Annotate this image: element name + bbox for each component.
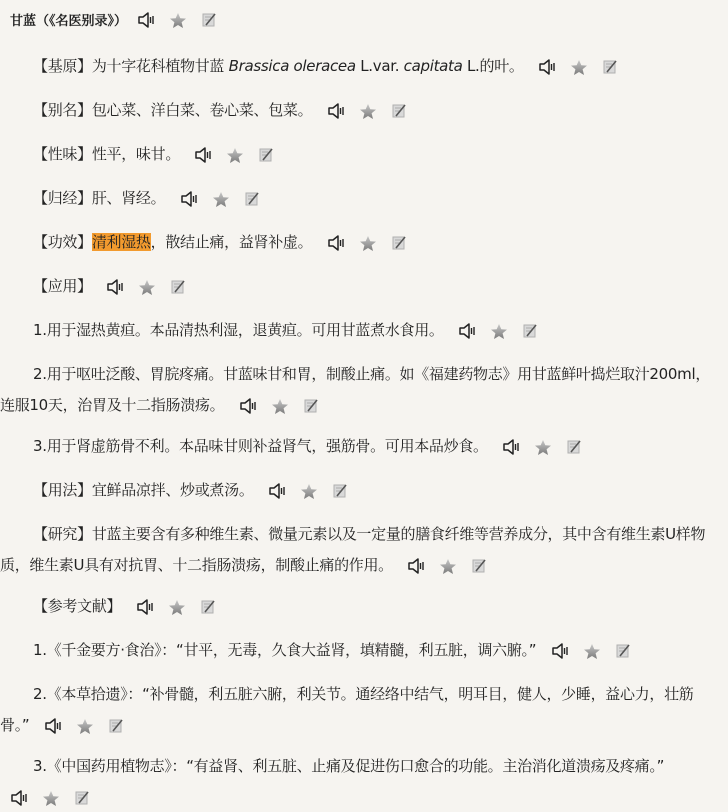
- edit-note-icon[interactable]: [328, 482, 360, 500]
- star-icon[interactable]: [267, 397, 299, 415]
- edit-note-icon[interactable]: [104, 717, 136, 735]
- star-icon[interactable]: [355, 102, 387, 120]
- edit-note-icon[interactable]: [467, 557, 499, 575]
- star-icon[interactable]: [222, 146, 254, 164]
- speaker-icon[interactable]: [264, 482, 296, 500]
- text: 1.《千金要方·食治》：“甘平，无毒，久食大益肾，填精髓，利五脏，调六腑。”: [33, 641, 536, 659]
- star-icon[interactable]: [486, 322, 518, 340]
- text: 肝、肾经。: [92, 189, 166, 207]
- reference-item-3: 3.《中国药用植物志》：“有益肾、利五脏、止痛及促进伤口愈合的功能。主治消化道溃…: [0, 751, 712, 812]
- edit-note-icon[interactable]: [166, 278, 198, 296]
- section-alias: 【别名】包心菜、洋白菜、卷心菜、包菜。: [0, 95, 712, 126]
- section-research: 【研究】甘蓝主要含有多种维生素、微量元素以及一定量的膳食纤维等营养成分，其中含有…: [0, 519, 712, 581]
- speaker-icon[interactable]: [547, 642, 579, 660]
- text: 甘蓝主要含有多种维生素、微量元素以及一定量的膳食纤维等营养成分，其中含有维生素U…: [0, 525, 705, 574]
- text: 【归经】: [33, 189, 92, 207]
- reference-item-1: 1.《千金要方·食治》：“甘平，无毒，久食大益肾，填精髓，利五脏，调六腑。”: [0, 635, 712, 666]
- star-icon[interactable]: [579, 642, 611, 660]
- section-references: 【参考文献】: [0, 591, 712, 622]
- star-icon[interactable]: [134, 278, 166, 296]
- speaker-icon[interactable]: [6, 789, 38, 807]
- text: 为十字花科植物甘蓝: [92, 57, 229, 75]
- text: 2.用于呕吐泛酸、胃脘疼痛。甘蓝味甘和胃，制酸止痛。如《福建药物志》用甘蓝鲜叶捣…: [0, 365, 710, 414]
- edit-note-icon[interactable]: [197, 11, 229, 29]
- section-effect: 【功效】清利湿热，散结止痛，益肾补虚。: [0, 227, 712, 258]
- application-item-3: 3.用于肾虚筋骨不利。本品味甘则补益肾气，强筋骨。可用本品炒食。: [0, 431, 712, 462]
- action-icons: [235, 397, 331, 415]
- action-icons: [264, 482, 360, 500]
- edit-note-icon[interactable]: [387, 102, 419, 120]
- application-item-1: 1.用于湿热黄疸。本品清热利湿，退黄疸。可用甘蓝煮水食用。: [0, 315, 712, 346]
- action-icons: [547, 642, 643, 660]
- edit-note-icon[interactable]: [240, 190, 272, 208]
- speaker-icon[interactable]: [102, 278, 134, 296]
- speaker-icon[interactable]: [132, 598, 164, 616]
- text: 1.用于湿热黄疸。本品清热利湿，退黄疸。可用甘蓝煮水食用。: [33, 321, 444, 339]
- text: capitata: [404, 57, 463, 75]
- speaker-icon[interactable]: [190, 146, 222, 164]
- text: L.var.: [356, 57, 404, 75]
- text: 包心菜、洋白菜、卷心菜、包菜。: [92, 101, 313, 119]
- text: 【别名】: [33, 101, 92, 119]
- text: 【基原】: [33, 57, 92, 75]
- speaker-icon[interactable]: [498, 438, 530, 456]
- text: 3.《中国药用植物志》：“有益肾、利五脏、止痛及促进伤口愈合的功能。主治消化道溃…: [33, 757, 664, 775]
- text: 【研究】: [33, 525, 92, 543]
- action-icons: [498, 438, 594, 456]
- star-icon[interactable]: [566, 58, 598, 76]
- section-application: 【应用】: [0, 271, 712, 302]
- star-icon[interactable]: [165, 11, 197, 29]
- edit-note-icon[interactable]: [196, 598, 228, 616]
- speaker-icon[interactable]: [534, 58, 566, 76]
- text: 3.用于肾虚筋骨不利。本品味甘则补益肾气，强筋骨。可用本品炒食。: [33, 437, 488, 455]
- reference-item-2: 2.《本草拾遗》：“补骨髓，利五脏六腑，利关节。通经络中结气，明耳目，健人，少睡…: [0, 679, 712, 741]
- text: 【功效】: [33, 233, 92, 251]
- star-icon[interactable]: [355, 234, 387, 252]
- text: 【用法】: [33, 481, 92, 499]
- edit-note-icon[interactable]: [611, 642, 643, 660]
- star-icon[interactable]: [72, 717, 104, 735]
- action-icons: [102, 278, 198, 296]
- action-icons: [323, 102, 419, 120]
- action-icons: [132, 598, 228, 616]
- edit-note-icon[interactable]: [598, 58, 630, 76]
- text: 【参考文献】: [33, 597, 121, 615]
- action-icons: [190, 146, 286, 164]
- text: 甘蓝（《名医别录》）: [10, 10, 127, 29]
- text: 宜鲜品凉拌、炒或煮汤。: [92, 481, 254, 499]
- action-icons: [40, 717, 136, 735]
- edit-note-icon[interactable]: [518, 322, 550, 340]
- text: ，散结止痛，益肾补虚。: [151, 233, 313, 251]
- speaker-icon[interactable]: [40, 717, 72, 735]
- speaker-icon[interactable]: [454, 322, 486, 340]
- speaker-icon[interactable]: [235, 397, 267, 415]
- edit-note-icon[interactable]: [254, 146, 286, 164]
- text: L.的叶。: [463, 57, 524, 75]
- action-icons: [454, 322, 550, 340]
- action-icons: [176, 190, 272, 208]
- action-icons: [133, 11, 229, 29]
- action-icons: [6, 789, 102, 807]
- speaker-icon[interactable]: [323, 102, 355, 120]
- star-icon[interactable]: [296, 482, 328, 500]
- text: 【性味】: [33, 145, 92, 163]
- speaker-icon[interactable]: [176, 190, 208, 208]
- text: Brassica oleracea: [229, 57, 356, 75]
- highlighted-text[interactable]: 清利湿热: [92, 233, 151, 251]
- edit-note-icon[interactable]: [70, 789, 102, 807]
- section-usage: 【用法】宜鲜品凉拌、炒或煮汤。: [0, 475, 712, 506]
- star-icon[interactable]: [435, 557, 467, 575]
- edit-note-icon[interactable]: [562, 438, 594, 456]
- star-icon[interactable]: [208, 190, 240, 208]
- action-icons: [403, 557, 499, 575]
- page-title: 甘蓝（《名医别录》）: [10, 10, 229, 29]
- edit-note-icon[interactable]: [299, 397, 331, 415]
- action-icons: [534, 58, 630, 76]
- section-origin: 【基原】为十字花科植物甘蓝 Brassica oleracea L.var. c…: [0, 51, 712, 82]
- star-icon[interactable]: [164, 598, 196, 616]
- star-icon[interactable]: [38, 789, 70, 807]
- star-icon[interactable]: [530, 438, 562, 456]
- section-nature: 【性味】性平，味甘。: [0, 139, 712, 170]
- speaker-icon[interactable]: [133, 11, 165, 29]
- speaker-icon[interactable]: [323, 234, 355, 252]
- application-item-2: 2.用于呕吐泛酸、胃脘疼痛。甘蓝味甘和胃，制酸止痛。如《福建药物志》用甘蓝鲜叶捣…: [0, 359, 712, 421]
- edit-note-icon[interactable]: [387, 234, 419, 252]
- text: 性平，味甘。: [92, 145, 180, 163]
- text: 【应用】: [33, 277, 92, 295]
- action-icons: [323, 234, 419, 252]
- section-meridian: 【归经】肝、肾经。: [0, 183, 712, 214]
- speaker-icon[interactable]: [403, 557, 435, 575]
